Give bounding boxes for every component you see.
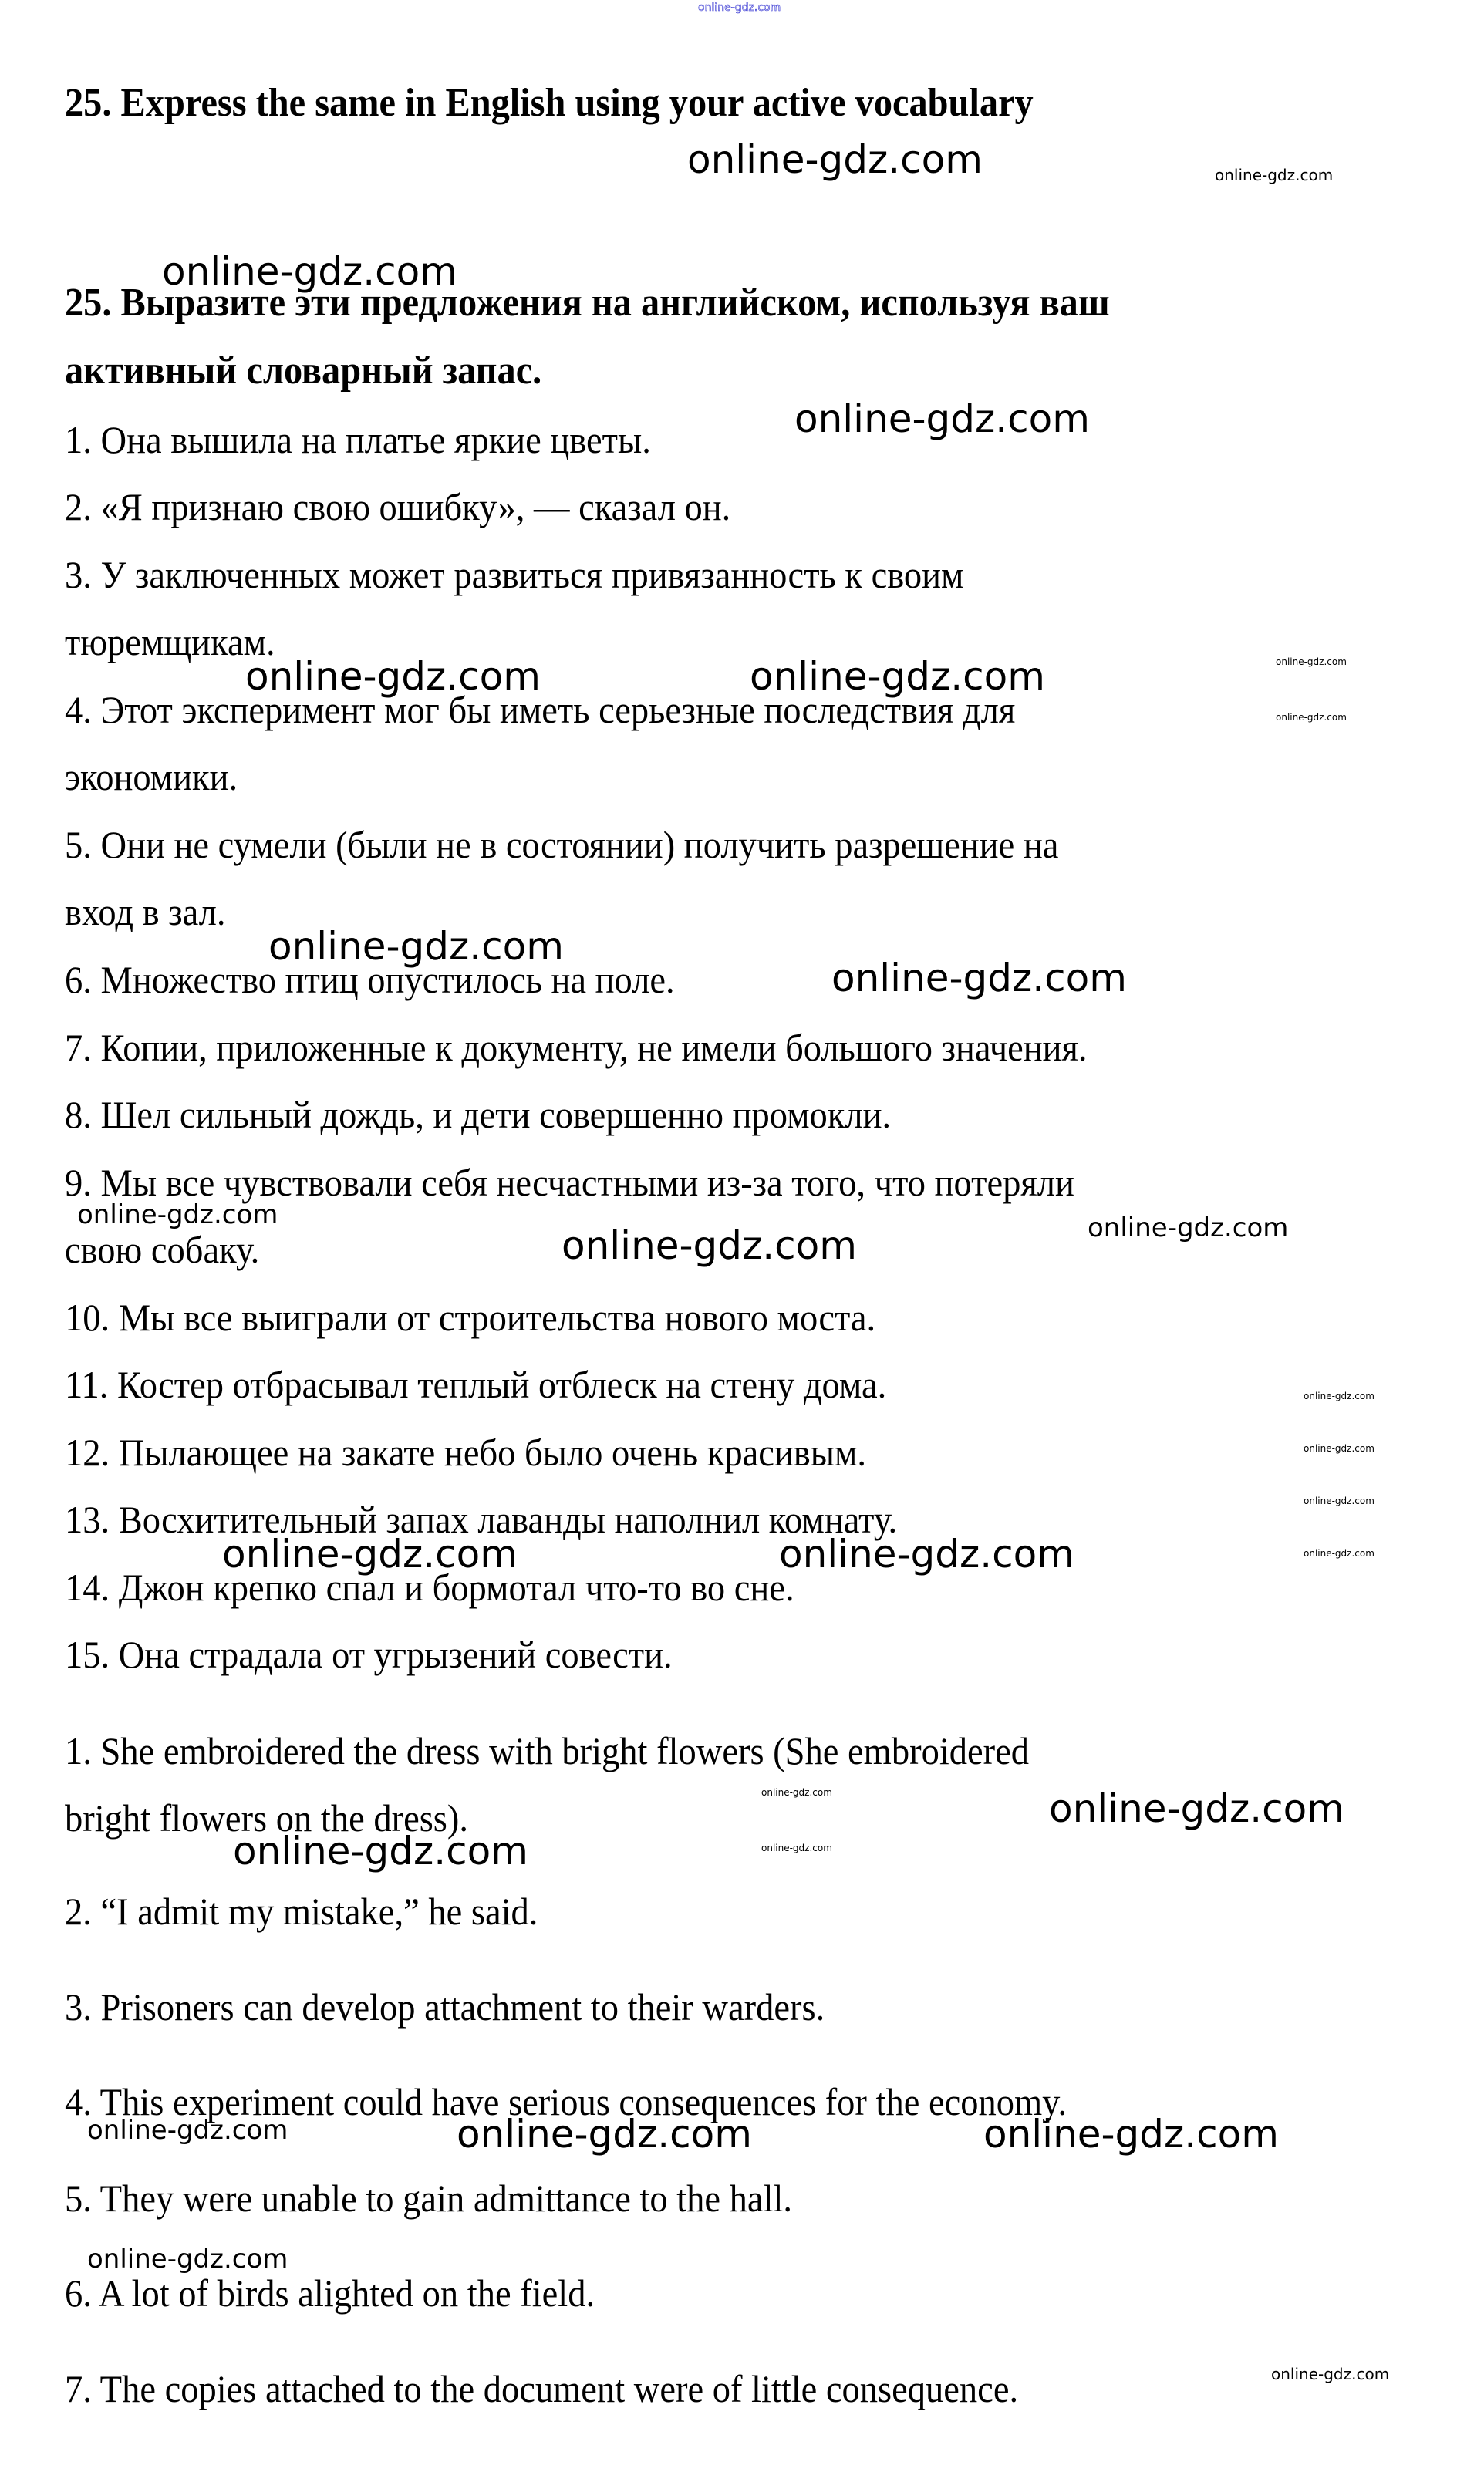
russian-sentence: 9. Мы все чувствовали себя несчастными и…	[65, 1163, 1074, 1202]
english-answer: 6. A lot of birds alighted on the field.	[65, 2274, 595, 2312]
watermark: online-gdz.com	[1276, 657, 1347, 666]
watermark-top: online-gdz.com	[698, 2, 781, 13]
russian-sentence: тюремщикам.	[65, 622, 275, 661]
watermark: online-gdz.com	[1088, 1215, 1288, 1241]
english-answer: 1. She embroidered the dress with bright…	[65, 1732, 1029, 1770]
english-answer: 5. They were unable to gain admittance t…	[65, 2179, 792, 2217]
watermark: online-gdz.com	[233, 1832, 528, 1870]
russian-sentence: 1. Она вышила на платье яркие цветы.	[65, 420, 651, 459]
heading-russian-line1: 25. Выразите эти предложения на английск…	[65, 283, 1110, 323]
english-answer: 2. “I admit my mistake,” he said.	[65, 1892, 538, 1931]
watermark: online-gdz.com	[87, 2246, 288, 2272]
russian-sentence: свою собаку.	[65, 1230, 259, 1269]
watermark: online-gdz.com	[687, 140, 983, 179]
russian-sentence: 11. Костер отбрасывал теплый отблеск на …	[65, 1365, 886, 1404]
heading-russian-line2: активный словарный запас.	[65, 351, 541, 391]
document-page: online-gdz.com 25. Express the same in E…	[0, 0, 1484, 2472]
watermark: online-gdz.com	[831, 959, 1127, 997]
russian-sentence: 12. Пылающее на закате небо было очень к…	[65, 1433, 866, 1472]
russian-sentence: 2. «Я признаю свою ошибку», — сказал он.	[65, 487, 730, 526]
heading-english: 25. Express the same in English using yo…	[65, 83, 1034, 123]
russian-sentence: 14. Джон крепко спал и бормотал что-то в…	[65, 1568, 794, 1607]
russian-sentence: 5. Они не сумели (были не в состоянии) п…	[65, 825, 1058, 864]
watermark: online-gdz.com	[457, 2115, 752, 2153]
watermark: online-gdz.com	[761, 1788, 832, 1797]
watermark: online-gdz.com	[1304, 1496, 1374, 1506]
russian-sentence: 8. Шел сильный дождь, и дети совершенно …	[65, 1095, 891, 1134]
english-answer: 3. Prisoners can develop attachment to t…	[65, 1988, 825, 2026]
watermark: online-gdz.com	[983, 2115, 1279, 2153]
watermark: online-gdz.com	[87, 2117, 288, 2143]
russian-sentence: 15. Она страдала от угрызений совести.	[65, 1635, 673, 1674]
watermark: online-gdz.com	[1049, 1789, 1344, 1828]
watermark: online-gdz.com	[77, 1202, 278, 1228]
watermark: online-gdz.com	[794, 400, 1090, 438]
russian-sentence: вход в зал.	[65, 892, 225, 931]
russian-sentence: экономики.	[65, 757, 238, 796]
watermark: online-gdz.com	[761, 1843, 832, 1853]
russian-sentence: 7. Копии, приложенные к документу, не им…	[65, 1028, 1088, 1067]
watermark: online-gdz.com	[1304, 1549, 1374, 1558]
watermark: online-gdz.com	[1271, 2366, 1389, 2382]
watermark: online-gdz.com	[1304, 1391, 1374, 1401]
russian-sentence: 10. Мы все выиграли от строительства нов…	[65, 1298, 875, 1337]
russian-sentence: 6. Множество птиц опустилось на поле.	[65, 960, 675, 999]
watermark: online-gdz.com	[1304, 1444, 1374, 1453]
watermark: online-gdz.com	[1276, 713, 1347, 722]
english-answer: 7. The copies attached to the document w…	[65, 2369, 1018, 2408]
watermark: online-gdz.com	[562, 1226, 857, 1265]
russian-sentence: 3. У заключенных может развиться привяза…	[65, 555, 963, 594]
watermark: online-gdz.com	[1215, 167, 1333, 183]
watermark: online-gdz.com	[779, 1535, 1074, 1573]
russian-sentence: 4. Этот эксперимент мог бы иметь серьезн…	[65, 690, 1015, 729]
